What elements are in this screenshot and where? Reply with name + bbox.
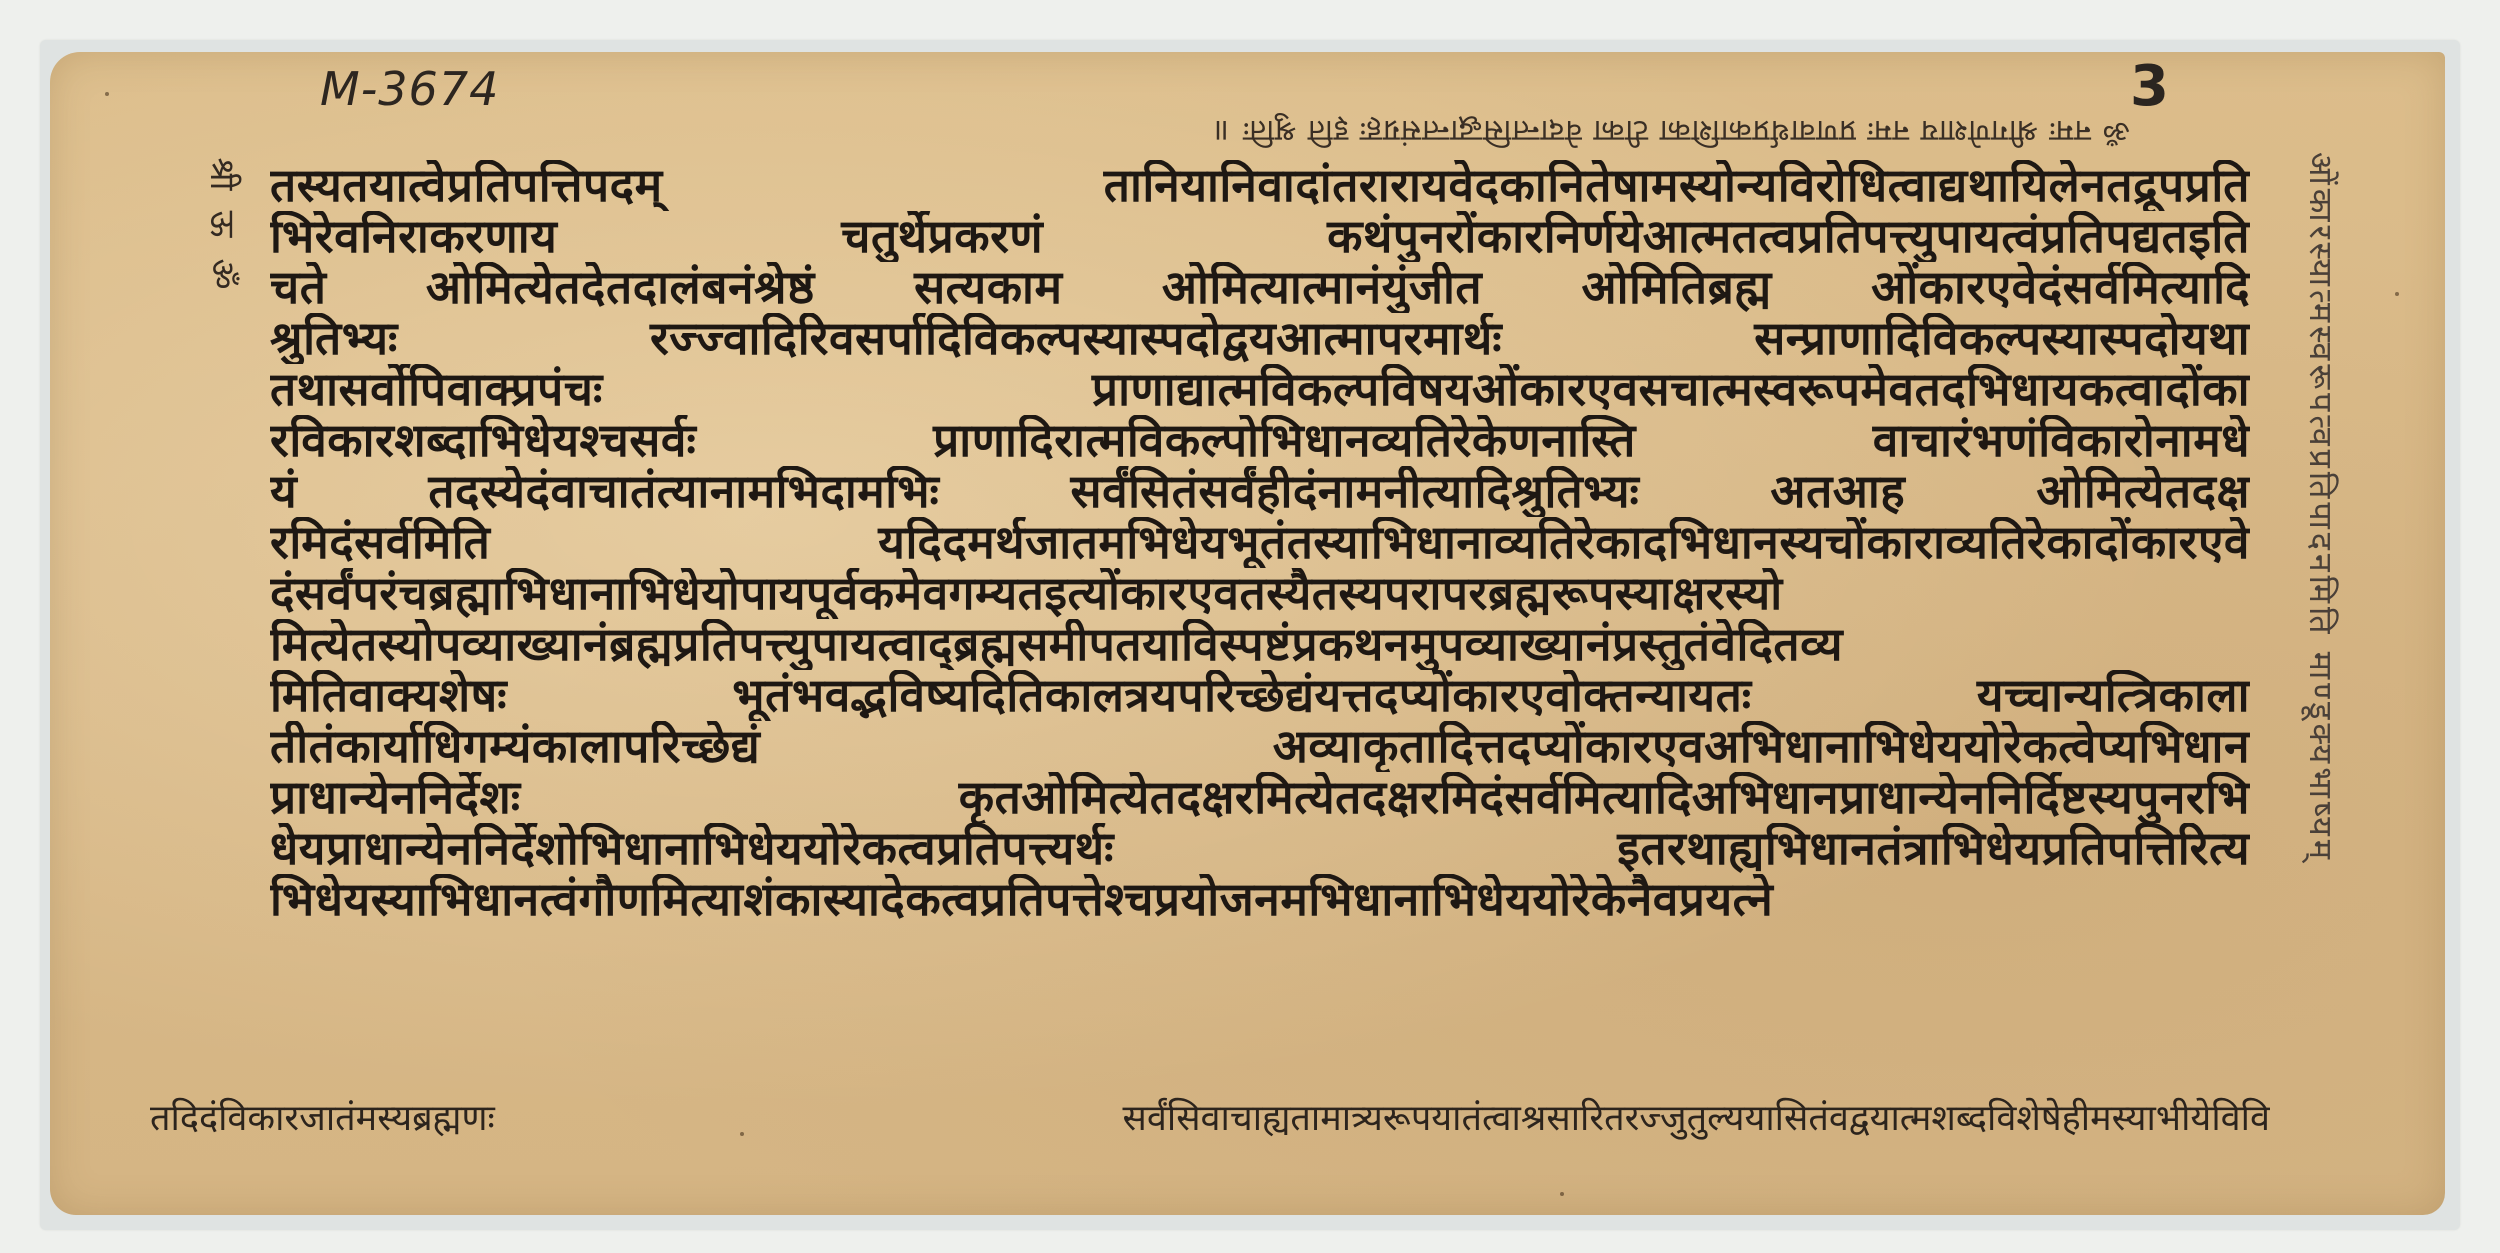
right-margin-annotation: ओंकारस्यात्मस्वरूपत्वप्रतिपादनमिति माण्ड… bbox=[2300, 152, 2360, 1112]
text-line: चते ओमित्येतदेतदालंबनंश्रेष्ठं सत्यकाम ओ… bbox=[270, 262, 2250, 313]
text-line: दंसर्वंपरंचब्रह्माभिधानाभिधेयोपायपूर्वकम… bbox=[270, 568, 2250, 619]
text-line: तथासर्वोपिवाक्प्रपंचः प्राणाद्यात्मविकल्… bbox=[270, 364, 2250, 415]
margin-mark: ऊ bbox=[200, 202, 244, 246]
margin-mark: श्री bbox=[200, 152, 244, 196]
text-line: रविकारशब्दाभिधेयश्चसर्वः प्राणादिरात्मवि… bbox=[270, 415, 2250, 466]
text-line: यं तदस्येदंवाचातंत्यानामभिदामभिः सर्वंसि… bbox=[270, 466, 2250, 517]
text-line: भिरेवनिराकरणाय चतुर्थेप्रकरणं कथंपुनरोंक… bbox=[270, 211, 2250, 262]
interlinear-upside-down-line: ॐ नमः श्रीगणेशाय नमः प्रणवार्थप्रकाशिका … bbox=[270, 112, 2130, 153]
text-line: रमिदंसर्वमिति यदिदमर्थजातमभिधेयभूतंतस्या… bbox=[270, 517, 2250, 568]
paper-speck bbox=[105, 92, 109, 96]
vertical-margin-text: ओंकारस्यात्मस्वरूपत्वप्रतिपादनमिति माण्ड… bbox=[2300, 152, 2343, 863]
text-line: धेयप्राधान्येननिर्देशोभिधानाभिधेययोरेकत्… bbox=[270, 823, 2250, 874]
text-line: श्रुतिभ्यः रज्ज्वादिरिवसर्पादिविकल्पस्या… bbox=[270, 313, 2250, 364]
paper-speck bbox=[1560, 1192, 1564, 1196]
manuscript-folio: M-3674 3 ॐ नमः श्रीगणेशाय नमः प्रणवार्थप… bbox=[50, 52, 2445, 1215]
bottom-text-line: तदिदंविकारजातंमस्यब्रह्मणः सर्वंसिवाचाह्… bbox=[150, 1092, 2270, 1141]
text-line: तीतंकार्याधिगम्यंकालापरिच्छेद्यं अव्याकृ… bbox=[270, 721, 2250, 772]
text-line: मित्येतस्योपव्याख्यानंब्रह्मप्रतिपत्त्यु… bbox=[270, 619, 2250, 670]
left-margin-marks: श्री ऊ ॐ bbox=[200, 152, 244, 296]
folio-number: 3 bbox=[2130, 54, 2169, 119]
text-line: तस्यतयात्वेप्रतिपत्तिपदम् तानियानिवादांत… bbox=[270, 160, 2250, 211]
margin-mark: ॐ bbox=[200, 252, 244, 296]
paper-speck bbox=[2395, 292, 2399, 296]
text-line: मितिवाक्यशेषः भूतंभवद्भविष्यदितिकालत्रयप… bbox=[270, 670, 2250, 721]
text-line: प्राधान्येननिर्देशः कृतओमित्येतदक्षरमित्… bbox=[270, 772, 2250, 823]
shelfmark-label: M-3674 bbox=[320, 62, 499, 116]
main-text-block: तस्यतयात्वेप्रतिपत्तिपदम् तानियानिवादांत… bbox=[270, 160, 2250, 925]
text-line: भिधेयस्याभिधानत्वंगौणमित्याशंकास्यादेकत्… bbox=[270, 874, 2250, 925]
